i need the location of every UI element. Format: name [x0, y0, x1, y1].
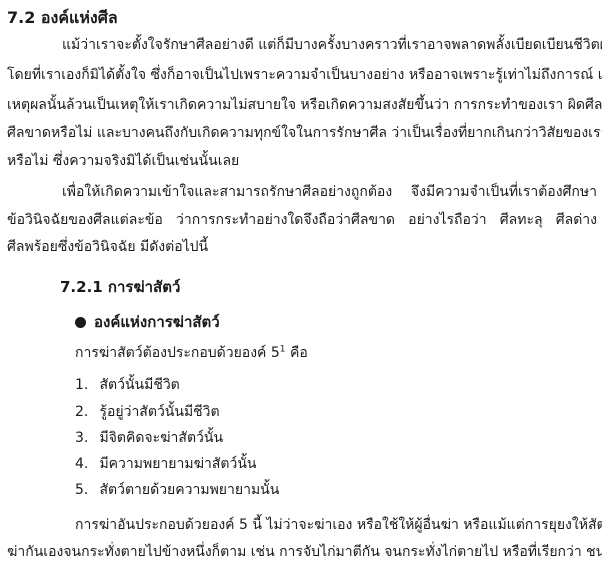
paragraph-1-line-3: เหตุผลนั้นล้วนเป็นเหตุให้เราเกิดความไม่ส…: [7, 90, 597, 120]
list-item: 5. สัตว์ตายด้วยความพยายามนั้น: [75, 477, 279, 503]
list-text: มีจิตคิดจะฆ่าสัตว์นั้น: [99, 430, 223, 446]
intro-text: การฆ่าสัตว์ต้องประกอบด้วยองค์ 51 คือ: [75, 340, 308, 366]
list-text: มีความพยายามฆ่าสัตว์นั้น: [99, 456, 256, 472]
list-number: 1.: [75, 372, 95, 398]
list-item: 1. สัตว์นั้นมีชีวิต: [75, 372, 180, 398]
paragraph-2-line-1: เพื่อให้เกิดความเข้าใจและสามารถรักษาศีลอ…: [62, 177, 597, 207]
list-text: สัตว์นั้นมีชีวิต: [99, 377, 179, 393]
list-text: รู้อยู่ว่าสัตว์นั้นมีชีวิต: [99, 404, 219, 420]
bullet-heading-text: องค์แห่งการฆ่าสัตว์: [94, 310, 220, 334]
paragraph-1-line-5: หรือไม่ ซึ่งความจริงมิได้เป็นเช่นนั้นเลย: [7, 146, 239, 176]
list-number: 2.: [75, 399, 95, 425]
paragraph-1-line-4: ศีลขาดหรือไม่ และบางคนถึงกับเกิดความทุกข…: [7, 118, 597, 148]
bullet-icon: [75, 317, 86, 328]
list-item: 2. รู้อยู่ว่าสัตว์นั้นมีชีวิต: [75, 399, 220, 425]
closing-line-2: ฆ่ากันเองจนกระทั่งตายไปข้างหนึ่งก็ตาม เช…: [7, 537, 597, 567]
bullet-heading: องค์แห่งการฆ่าสัตว์: [75, 310, 220, 334]
list-number: 4.: [75, 451, 95, 477]
document-page: 7.2 องค์แห่งศีล แม้ว่าเราจะตั้งใจรักษาศี…: [0, 0, 602, 567]
section-heading: 7.2 องค์แห่งศีล: [7, 6, 118, 30]
closing-line-1: การฆ่าอันประกอบด้วยองค์ 5 นี้ ไม่ว่าจะฆ่…: [75, 510, 597, 540]
intro-main: การฆ่าสัตว์ต้องประกอบด้วยองค์ 5: [75, 345, 280, 361]
subsection-heading: 7.2.1 การฆ่าสัตว์: [60, 275, 180, 299]
list-item: 3. มีจิตคิดจะฆ่าสัตว์นั้น: [75, 425, 223, 451]
paragraph-1-line-2: โดยที่เราเองก็มิได้ตั้งใจ ซึ่งก็อาจเป็นไ…: [7, 60, 597, 90]
list-number: 3.: [75, 425, 95, 451]
list-number: 5.: [75, 477, 95, 503]
paragraph-1-line-1: แม้ว่าเราจะตั้งใจรักษาศีลอย่างดี แต่ก็มี…: [62, 30, 597, 60]
intro-suffix: คือ: [286, 345, 308, 361]
paragraph-2-line-2: ข้อวินิจฉัยของศีลแต่ละข้อ ว่าการกระทำอย่…: [7, 205, 597, 235]
paragraph-2-line-3: ศีลพร้อยซึ่งข้อวินิจฉัย มีดังต่อไปนี้: [7, 232, 208, 262]
list-text: สัตว์ตายด้วยความพยายามนั้น: [99, 482, 279, 498]
list-item: 4. มีความพยายามฆ่าสัตว์นั้น: [75, 451, 256, 477]
